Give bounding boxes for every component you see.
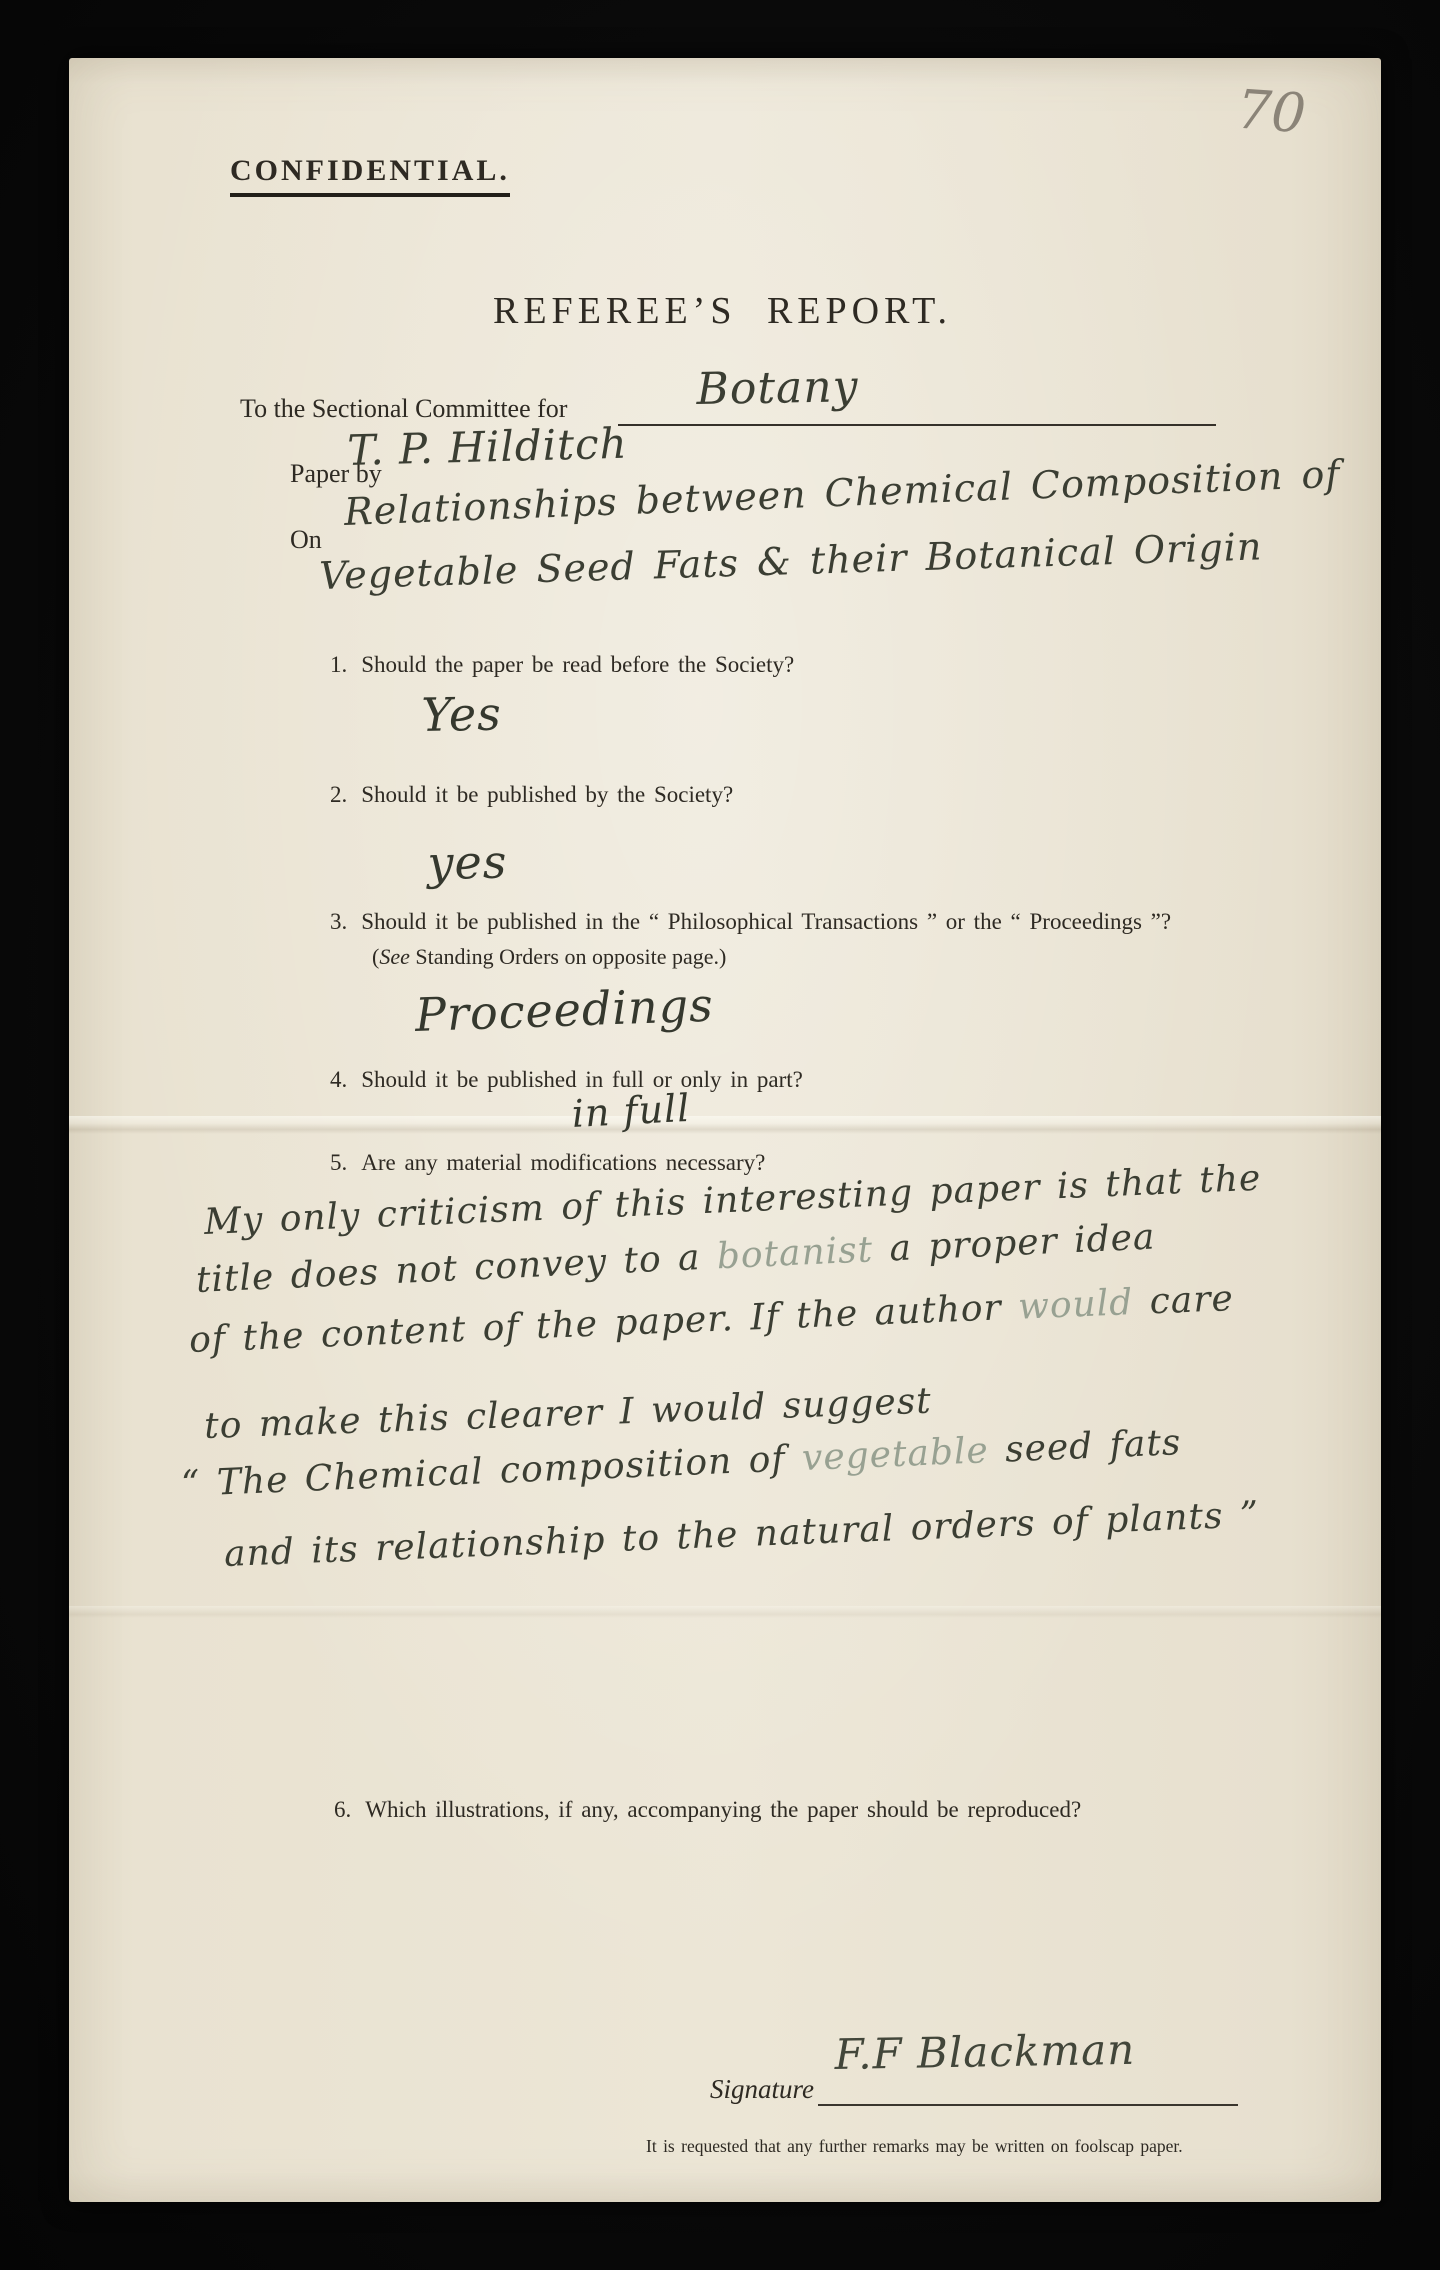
question-4-number: 4. (330, 1067, 347, 1093)
question-2-number: 2. (330, 782, 347, 808)
footer-note: It is requested that any further remarks… (646, 2136, 1183, 2157)
question-4-text: Should it be published in full or only i… (361, 1067, 803, 1092)
remarks-line-3-seg-3: care (1132, 1278, 1234, 1323)
question-2: 2.Should it be published by the Society? (330, 782, 733, 808)
question-3-note-rest: Standing Orders on opposite page.) (410, 944, 727, 969)
answer-2-handwritten: yes (427, 835, 508, 890)
question-4: 4.Should it be published in full or only… (330, 1067, 803, 1093)
remarks-line-5-seg-3: seed fats (988, 1422, 1182, 1471)
author-handwritten: T. P. Hilditch (347, 419, 628, 475)
remarks-line-2-seg-3: a proper idea (872, 1216, 1156, 1270)
question-1-number: 1. (330, 652, 347, 678)
referee-report-page: 70 CONFIDENTIAL. REFEREE’S REPORT. To th… (69, 58, 1381, 2202)
question-3-note: (See Standing Orders on opposite page.) (372, 944, 726, 970)
question-1-text: Should the paper be read before the Soci… (361, 652, 794, 677)
remarks-line-5-seg-1: “ The Chemical composition of (180, 1438, 803, 1505)
confidential-stamp: CONFIDENTIAL. (230, 154, 510, 197)
paper-fold-crease-lower (69, 1606, 1381, 1618)
signature-label: Signature (710, 2074, 814, 2105)
question-2-text: Should it be published by the Society? (361, 782, 733, 807)
paper-fold-crease-upper (69, 1116, 1381, 1134)
committee-label: To the Sectional Committee for (240, 394, 567, 424)
question-6: 6.Which illustrations, if any, accompany… (334, 1797, 1081, 1823)
signature-fill-line (818, 2104, 1238, 2106)
remarks-line-6-seg-1: and its relationship to the natural orde… (223, 1494, 1260, 1575)
question-5-text: Are any material modifications necessary… (361, 1150, 765, 1175)
photograph-background: 70 CONFIDENTIAL. REFEREE’S REPORT. To th… (0, 0, 1440, 2270)
question-5-number: 5. (330, 1150, 347, 1176)
question-5: 5.Are any material modifications necessa… (330, 1150, 765, 1176)
question-1: 1.Should the paper be read before the So… (330, 652, 794, 678)
remarks-line-2-seg-2-faded: botanist (716, 1229, 874, 1277)
remarks-line-5-seg-2-faded: vegetable (801, 1430, 989, 1479)
answer-4-handwritten: in full (571, 1086, 692, 1136)
question-3-number: 3. (330, 909, 347, 935)
answer-1-handwritten: Yes (421, 687, 502, 742)
signature-handwritten: F.F Blackman (834, 2025, 1135, 2079)
question-6-number: 6. (334, 1797, 351, 1823)
committee-handwritten-value: Botany (696, 361, 859, 415)
form-title: REFEREE’S REPORT. (493, 289, 952, 333)
question-3-text: Should it be published in the “ Philosop… (361, 909, 1171, 934)
question-3: 3.Should it be published in the “ Philos… (330, 909, 1171, 935)
remarks-line-3-seg-2-faded: would (1017, 1282, 1134, 1328)
remarks-line-2-seg-1: title does not convey to a (195, 1236, 718, 1301)
remarks-line-6: and its relationship to the natural orde… (223, 1494, 1260, 1575)
remarks-line-3-seg-1: of the content of the paper. If the auth… (188, 1287, 1019, 1361)
question-6-text: Which illustrations, if any, accompanyin… (365, 1797, 1081, 1822)
paper-title-handwritten-line2: Vegetable Seed Fats & their Botanical Or… (319, 524, 1263, 598)
committee-fill-line (618, 424, 1216, 426)
page-number-pencil: 70 (1235, 78, 1308, 146)
on-label: On (290, 525, 322, 555)
answer-3-handwritten: Proceedings (414, 978, 714, 1042)
question-3-note-see: See (379, 944, 410, 969)
